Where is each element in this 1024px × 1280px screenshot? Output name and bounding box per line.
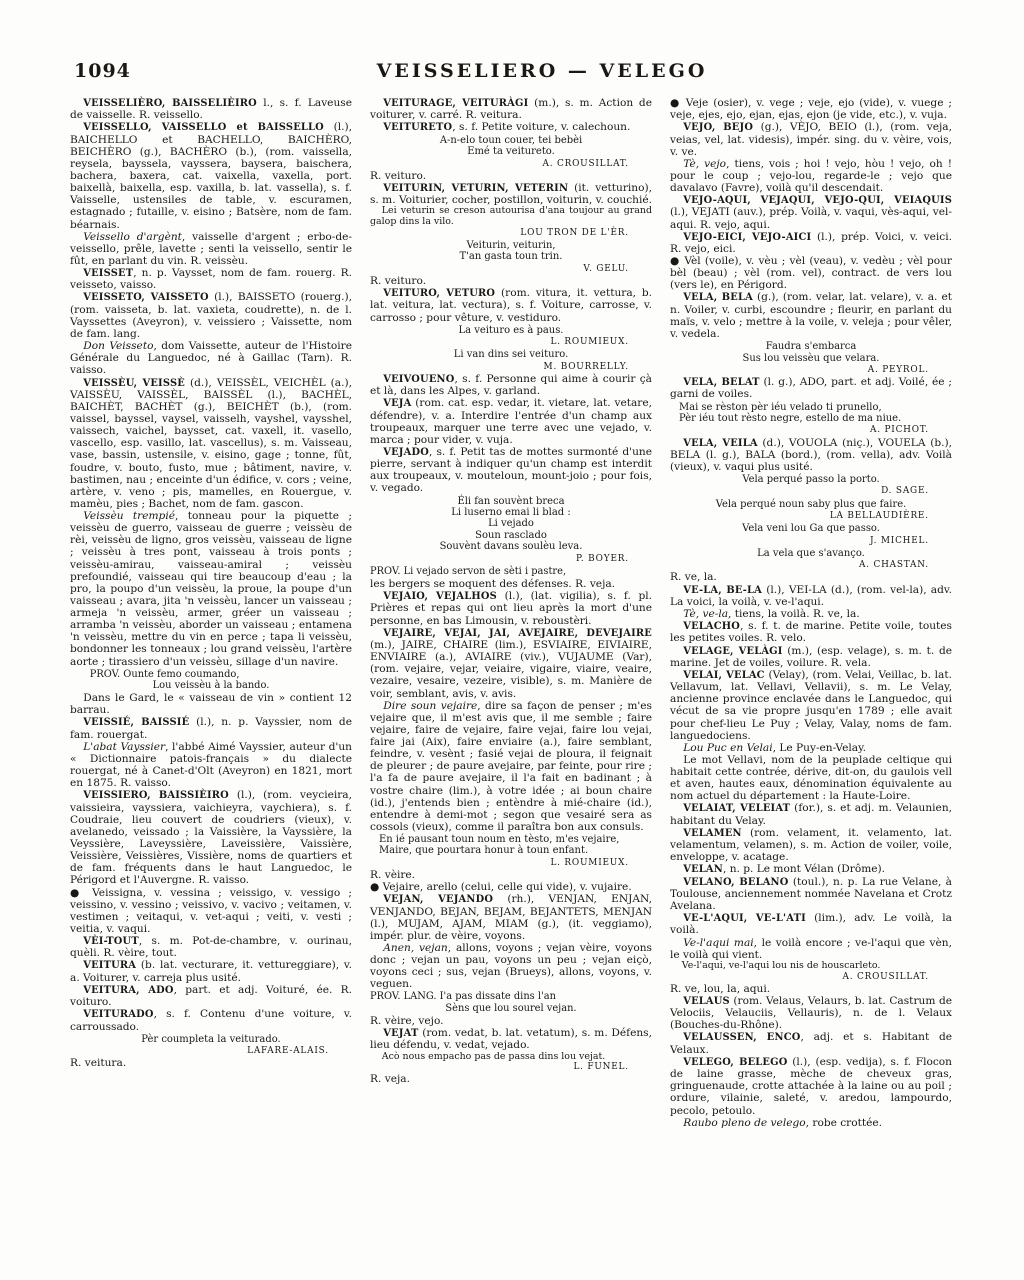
- dictionary-entry: VEISSÈU, VEISSÈ (d.), VEISSÈL, VEICHÈL (…: [70, 377, 352, 511]
- headword: VELAUS: [683, 996, 730, 1007]
- dictionary-entry: VELA, BELA (g.), (rom. velar, lat. velar…: [670, 291, 952, 340]
- text-block: R. veituro.: [370, 275, 652, 287]
- dictionary-entry: VEISSIERO, BAISSIÈIRO (l.), (rom. veycie…: [70, 789, 352, 886]
- headword: VEISSETO, VAISSETO: [83, 292, 209, 303]
- headword: VEIVOUENO: [383, 374, 454, 385]
- text-block: La veituro es à paus.: [370, 324, 652, 337]
- headword: VEITURIN, VETURIN, VETERIN: [383, 183, 568, 194]
- text-block: ● Vejaire, arello (celui, celle qui vide…: [370, 881, 652, 893]
- text-block: les bergers se moquent des défenses. R. …: [370, 578, 652, 590]
- text-block: Lei veturin se creson autourisa d'ana to…: [370, 206, 652, 228]
- dictionary-entry: VEJADO, s. f. Petit tas de mottes surmon…: [370, 446, 652, 495]
- dictionary-entry: VEJAN, VEJANDO (rh.), VENJAN, ENJAN, VEN…: [370, 893, 652, 942]
- text-block: M. BOURRELLY.: [370, 362, 652, 373]
- dictionary-entry: VEISSELIÈRO, BAISSELIÈIRO l., s. f. Lave…: [70, 97, 352, 121]
- text-block: Dans le Gard, le « vaisseau de vin » con…: [70, 692, 352, 716]
- headword: VEJAT: [383, 1028, 418, 1039]
- dictionary-entry: VEJO, BEJO (g.), VÈJO, BEIO (l.), (rom. …: [670, 121, 952, 158]
- column-2: VEITURAGE, VEITURÀGI (m.), s. m. Action …: [370, 97, 652, 1129]
- text-block: Éli fan souvènt brecaLi luserno emai li …: [370, 495, 652, 554]
- dictionary-entry: VELAIAT, VELEIAT (for.), s. et adj. m. V…: [670, 802, 952, 826]
- dictionary-entry: VEISSIÉ, BAISSIÉ (l.), n. p. Vayssier, n…: [70, 716, 352, 740]
- dictionary-entry: VEJO-EICI, VEJO-AICI (l.), prép. Voici, …: [670, 231, 952, 255]
- text-block: Vela veni lou Ga que passo.: [670, 522, 952, 535]
- headword: VEISSÈU, VEISSÈ: [83, 378, 185, 389]
- dictionary-entry: VEISSELLO, VAISSELLO et BAISSELLO (l.), …: [70, 121, 352, 230]
- dictionary-entry: VEISSETO, VAISSETO (l.), BAISSETO (rouer…: [70, 291, 352, 340]
- text-block: Veissello d'argènt, vaisselle d'argent ;…: [70, 231, 352, 267]
- text-block: En ié pausant toun noum en tèsto, m'es v…: [370, 833, 652, 858]
- text-block: L. FUNEL.: [370, 1062, 652, 1073]
- headword: VELACHO: [683, 621, 740, 632]
- text-block: Dire soun vejaire, dire sa façon de pens…: [370, 700, 652, 833]
- headword: VE-LA, BE-LA: [683, 585, 762, 596]
- dictionary-entry: VEITURA, ADO, part. et adj. Voituré, ée.…: [70, 984, 352, 1008]
- headword: VELAMEN: [683, 828, 742, 839]
- text-block: Tè, vejo, tiens, vois ; hoi ! vejo, hòu …: [670, 158, 952, 194]
- text-block: R. veitura.: [70, 1057, 352, 1069]
- dictionary-entry: VELACHO, s. f. t. de marine. Petite voil…: [670, 620, 952, 644]
- text-block: Tè, ve-la, tiens, la voilà. R. ve, la.: [670, 608, 952, 620]
- headword: VELEGO, BELEGO: [683, 1057, 787, 1068]
- text-block: J. MICHEL.: [670, 536, 952, 547]
- dictionary-entry: VEJAIO, VEJALHOS (l.), (lat. vigilia), s…: [370, 590, 652, 627]
- dictionary-page: 1094 VEISSELIERO — VELEGO VEISSELIÈRO, B…: [0, 0, 1024, 1280]
- dictionary-entry: VEITURA (b. lat. vecturare, it. vettureg…: [70, 959, 352, 983]
- text-block: Li van dins sei veituro.: [370, 348, 652, 361]
- text-block: A-n-elo toun couer, tei bebèiEmé ta veit…: [370, 134, 652, 159]
- text-block: Veiturin, veiturin,T'an gasta toun trin.: [370, 239, 652, 264]
- headword: VEJA: [383, 398, 411, 409]
- text-block: Ve-l'aqui mai, le voilà encore ; ve-l'aq…: [670, 937, 952, 961]
- dictionary-entry: VEJO-AQUI, VEJAQUI, VEJO-QUI, VEIAQUIS (…: [670, 194, 952, 231]
- text-block: L. ROUMIEUX.: [370, 858, 652, 869]
- text-block: R. ve, la.: [670, 571, 952, 583]
- text-block: La vela que s'avanço.: [670, 547, 952, 560]
- text-block: L'abat Vayssier, l'abbé Aimé Vayssier, a…: [70, 741, 352, 790]
- text-block: LA BELLAUDIÈRE.: [670, 511, 952, 522]
- dictionary-entry: VELEGO, BELEGO (l.), (esp. vedija), s. f…: [670, 1056, 952, 1117]
- dictionary-entry: VELA, BELAT (l. g.), ADO, part. et adj. …: [670, 376, 952, 400]
- headword: VEITURA: [83, 960, 136, 971]
- text-block: R. vèire, vejo.: [370, 1015, 652, 1027]
- headword: VEITURO, VETURO: [383, 288, 495, 299]
- headword: VÈI-TOUT: [83, 936, 139, 947]
- text-block: Lou Puc en Velai, Le Puy-en-Velay.: [670, 742, 952, 754]
- text-block: PROV. Ounte femo coumando,Lou veissèu à …: [70, 668, 352, 693]
- dictionary-entry: VELAMEN (rom. velament, it. velamento, l…: [670, 827, 952, 864]
- dictionary-entry: VEJA (rom. cat. esp. vedar, it. vietare,…: [370, 397, 652, 446]
- headword: VEJAN, VEJANDO: [383, 894, 493, 905]
- headword: VELANO, BELANO: [683, 877, 788, 888]
- text-block: Pèr coumpleta la veiturado.: [70, 1033, 352, 1046]
- text-block: LAFARE-ALAIS.: [70, 1046, 352, 1057]
- text-block: A. CROUSILLAT.: [370, 159, 652, 170]
- column-3: ● Veje (osier), v. vege ; veje, ejo (vid…: [670, 97, 952, 1129]
- headword: VELA, BELAT: [683, 377, 759, 388]
- text-block: Veissèu trempié, tonneau pour la piquett…: [70, 510, 352, 668]
- headword: VEISSELLO, VAISSELLO et BAISSELLO: [83, 122, 324, 133]
- text-block: Vela perqué passo la porto.: [670, 473, 952, 486]
- headword: VELA, VEILA: [683, 438, 757, 449]
- dictionary-entry: VELAUS (rom. Velaus, Velaurs, b. lat. Ca…: [670, 995, 952, 1032]
- dictionary-entry: VELAI, VELAC (Velay), (rom. Velai, Veill…: [670, 669, 952, 742]
- dictionary-entry: VÈI-TOUT, s. m. Pot-de-chambre, v. ourin…: [70, 935, 352, 959]
- dictionary-entry: VE-L'AQUI, VE-L'ATI (lim.), adv. Le voil…: [670, 912, 952, 936]
- headword: VELAIAT, VELEIAT: [683, 803, 790, 814]
- text-block: L. ROUMIEUX.: [370, 337, 652, 348]
- headword: VELA, BELA: [683, 292, 753, 303]
- headword: VEITURA, ADO: [83, 985, 173, 996]
- headword: VEITURETO: [383, 122, 452, 133]
- headword: VEITURADO: [83, 1009, 153, 1020]
- text-block: R. veituro.: [370, 170, 652, 182]
- columns: VEISSELIÈRO, BAISSELIÈIRO l., s. f. Lave…: [70, 97, 952, 1129]
- running-head: VEISSELIERO — VELEGO: [0, 60, 1024, 82]
- headword: VELAN: [683, 864, 723, 875]
- dictionary-entry: VE-LA, BE-LA (l.), VEI-LA (d.), (rom. ve…: [670, 584, 952, 608]
- dictionary-entry: VEITURETO, s. f. Petite voiture, v. cale…: [370, 121, 652, 133]
- text-block: A. PEYROL.: [670, 365, 952, 376]
- headword: VEISSIERO, BAISSIÈIRO: [83, 790, 229, 801]
- dictionary-entry: VEJAT (rom. vedat, b. lat. vetatum), s. …: [370, 1027, 652, 1051]
- dictionary-entry: VELA, VEILA (d.), VOUOLA (niç.), VOUELA …: [670, 437, 952, 474]
- text-block: R. ve, lou, la, aqui.: [670, 983, 952, 995]
- text-block: Anen, vejan, allons, voyons ; vejan vèir…: [370, 942, 652, 991]
- text-block: PROV. Li vejado servon de sèti i pastre,: [370, 565, 652, 578]
- text-block: A. CHASTAN.: [670, 560, 952, 571]
- text-block: Don Veisseto, dom Vaissette, auteur de l…: [70, 340, 352, 376]
- dictionary-entry: VELAUSSEN, ENCO, adj. et s. Habitant de …: [670, 1031, 952, 1055]
- dictionary-entry: VEITURAGE, VEITURÀGI (m.), s. m. Action …: [370, 97, 652, 121]
- dictionary-entry: VELANO, BELANO (toul.), n. p. La rue Vel…: [670, 876, 952, 913]
- text-block: R. vèire.: [370, 869, 652, 881]
- text-block: ● Veje (osier), v. vege ; veje, ejo (vid…: [670, 97, 952, 121]
- dictionary-entry: VEISSET, n. p. Vaysset, nom de fam. roue…: [70, 267, 352, 291]
- headword: VELAUSSEN, ENCO: [683, 1032, 800, 1043]
- headword: VELAI, VELAC: [683, 670, 764, 681]
- text-block: ● Veissigna, v. vessina ; veissigo, v. v…: [70, 887, 352, 936]
- headword: VEISSET: [83, 268, 133, 279]
- headword: VEJO-EICI, VEJO-AICI: [683, 232, 811, 243]
- dictionary-entry: VELAN, n. p. Le mont Vélan (Drôme).: [670, 863, 952, 875]
- headword: VEITURAGE, VEITURÀGI: [383, 98, 528, 109]
- headword: VEJO, BEJO: [683, 122, 753, 133]
- headword: VE-L'AQUI, VE-L'ATI: [683, 913, 806, 924]
- column-1: VEISSELIÈRO, BAISSELIÈIRO l., s. f. Lave…: [70, 97, 352, 1129]
- dictionary-entry: VEJAIRE, VEJAI, JAI, AVEJAIRE, DEVEJAIRE…: [370, 627, 652, 700]
- dictionary-entry: VEITURIN, VETURIN, VETERIN (it. vetturin…: [370, 182, 652, 206]
- text-block: Vela perqué noun saby plus que faire.: [670, 498, 952, 511]
- dictionary-entry: VELAGE, VELÀGI (m.), (esp. velage), s. m…: [670, 645, 952, 669]
- text-block: Raubo pleno de velego, robe crottée.: [670, 1117, 952, 1129]
- text-block: LOU TRON DE L'ÈR.: [370, 228, 652, 239]
- text-block: PROV. LANG. I'a pas dissate dins l'anSèn…: [370, 990, 652, 1015]
- headword: VEJAIO, VEJALHOS: [383, 591, 497, 602]
- text-block: P. BOYER.: [370, 554, 652, 565]
- headword: VEISSIÉ, BAISSIÉ: [83, 717, 189, 728]
- text-block: A. PICHOT.: [670, 425, 952, 436]
- dictionary-entry: VEITURADO, s. f. Contenu d'une voiture, …: [70, 1008, 352, 1032]
- text-block: ● Vèl (voile), v. vèu ; vèl (veau), v. v…: [670, 255, 952, 291]
- text-block: A. CROUSILLAT.: [670, 972, 952, 983]
- dictionary-entry: VEIVOUENO, s. f. Personne qui aime à cou…: [370, 373, 652, 397]
- text-block: Mai se rèston pèr iéu velado ti prunello…: [670, 401, 952, 426]
- headword: VEJADO: [383, 447, 429, 458]
- dictionary-entry: VEITURO, VETURO (rom. vitura, it. vettur…: [370, 287, 652, 324]
- text-block: D. SAGE.: [670, 486, 952, 497]
- text-block: Acò nous empacho pas de passa dins lou v…: [370, 1052, 652, 1063]
- headword: VELAGE, VELÀGI: [683, 646, 782, 657]
- text-block: Faudra s'embarcaSus lou veissèu que vela…: [670, 340, 952, 365]
- text-block: R. veja.: [370, 1073, 652, 1085]
- text-block: Ve-l'aqui, ve-l'aqui lou nis de houscarl…: [670, 961, 952, 972]
- headword: VEJO-AQUI, VEJAQUI, VEJO-QUI, VEIAQUIS: [683, 195, 952, 206]
- headword: VEJAIRE, VEJAI, JAI, AVEJAIRE, DEVEJAIRE: [383, 628, 652, 639]
- text-block: V. GELU.: [370, 264, 652, 275]
- headword: VEISSELIÈRO, BAISSELIÈIRO: [83, 98, 257, 109]
- text-block: Le mot Vellavi, nom de la peuplade celti…: [670, 754, 952, 803]
